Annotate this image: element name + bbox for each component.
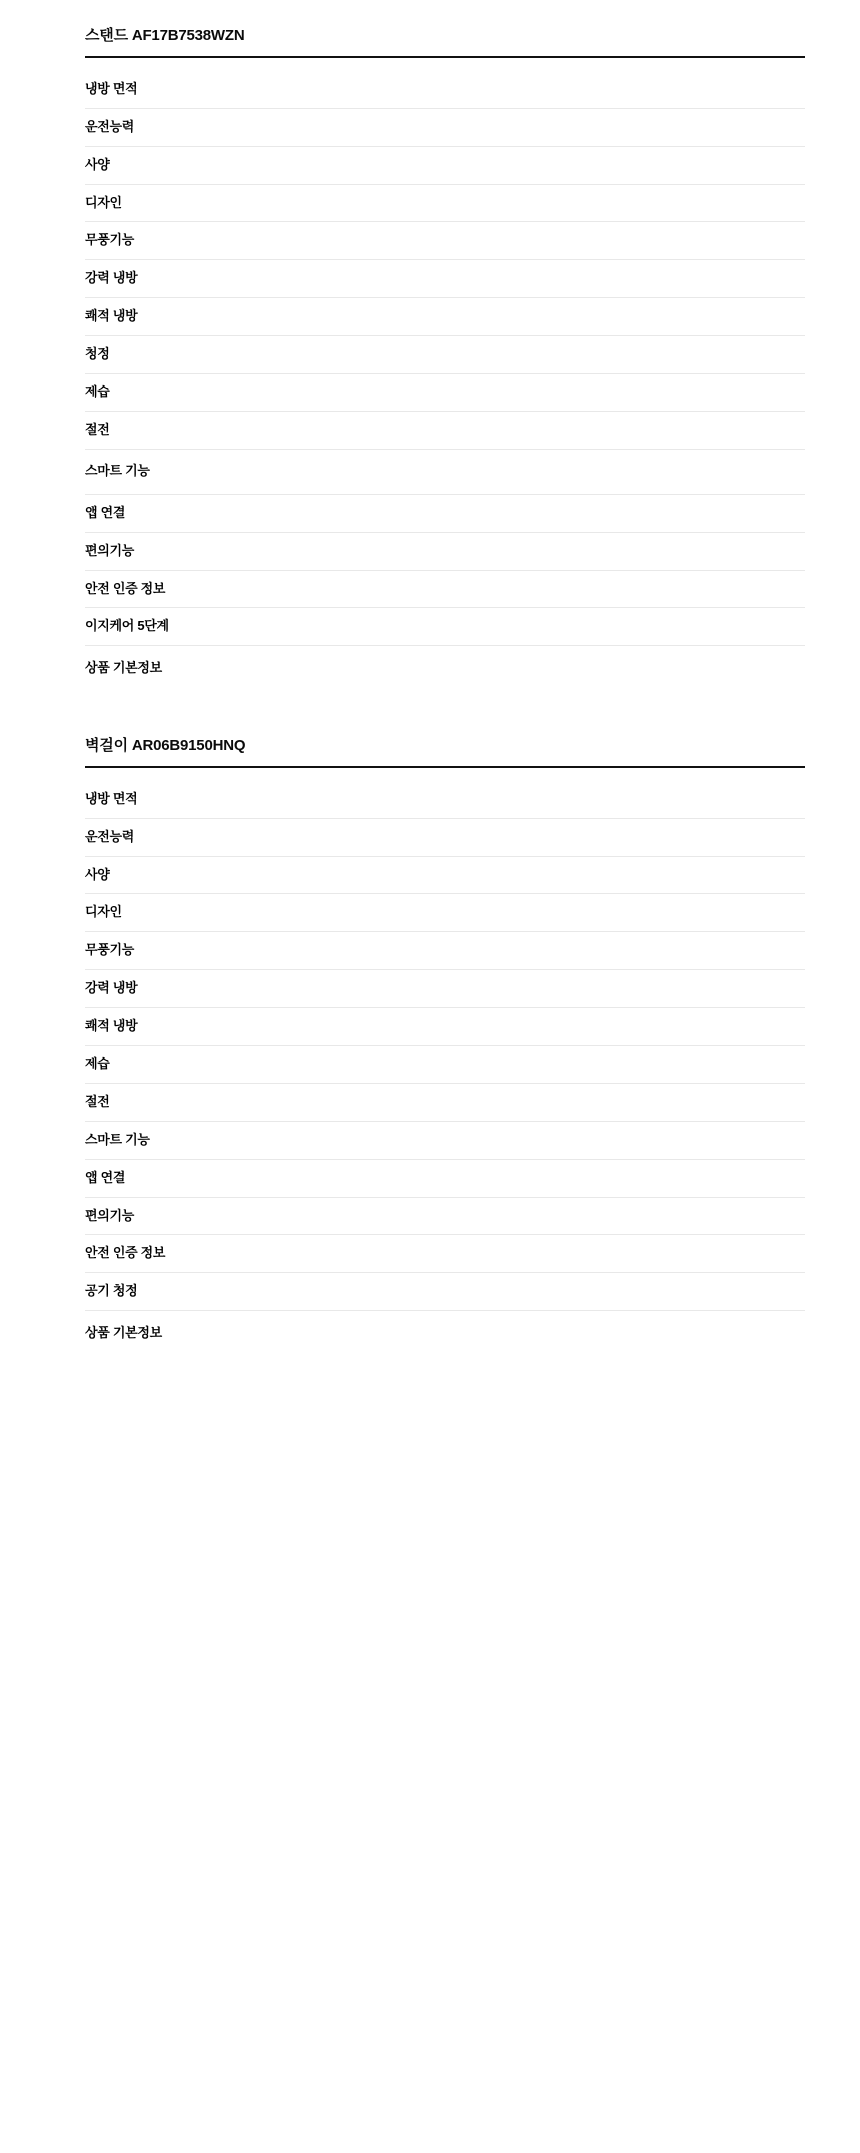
row-label: 쾌적 냉방 — [85, 1018, 258, 1035]
spec-row: 앱 연결 — [85, 495, 805, 533]
spec-row: 디자인 — [85, 894, 805, 932]
row-content — [258, 1210, 805, 1222]
spec-row: 상품 기본정보 — [85, 646, 805, 690]
row-label: 상품 기본정보 — [85, 1325, 258, 1342]
section-title: 스탠드 AF17B7538WZN — [85, 24, 805, 58]
row-label: 디자인 — [85, 195, 258, 212]
row-label: 안전 인증 정보 — [85, 581, 258, 598]
spec-row: 청정 — [85, 336, 805, 374]
spec-section: 스탠드 AF17B7538WZN냉방 면적운전능력사양디자인무풍기능강력 냉방쾌… — [85, 24, 805, 690]
row-label: 운전능력 — [85, 119, 258, 136]
spec-row: 앱 연결 — [85, 1160, 805, 1198]
spec-row: 상품 기본정보 — [85, 1311, 805, 1355]
row-label: 무풍기능 — [85, 942, 258, 959]
row-label: 이지케어 5단계 — [85, 618, 258, 635]
spec-row: 쾌적 냉방 — [85, 298, 805, 336]
row-label: 강력 냉방 — [85, 270, 258, 287]
row-label: 편의기능 — [85, 1208, 258, 1225]
spec-row: 편의기능 — [85, 533, 805, 571]
spec-row: 무풍기능 — [85, 222, 805, 260]
row-label: 앱 연결 — [85, 1170, 258, 1187]
spec-row: 편의기능 — [85, 1198, 805, 1236]
spec-row: 운전능력 — [85, 109, 805, 147]
spec-row: 안전 인증 정보 — [85, 1235, 805, 1273]
row-content — [258, 656, 805, 680]
row-content — [258, 545, 805, 557]
row-label: 제습 — [85, 384, 258, 401]
section-title: 벽걸이 AR06B9150HNQ — [85, 734, 805, 768]
spec-row: 쾌적 냉방 — [85, 1008, 805, 1046]
spec-row: 디자인 — [85, 185, 805, 223]
row-label: 강력 냉방 — [85, 980, 258, 997]
row-label: 사양 — [85, 867, 258, 884]
row-label: 제습 — [85, 1056, 258, 1073]
row-content — [258, 121, 805, 133]
row-label: 사양 — [85, 157, 258, 174]
row-label: 무풍기능 — [85, 232, 258, 249]
spec-row: 강력 냉방 — [85, 970, 805, 1008]
spec-row: 냉방 면적 — [85, 781, 805, 819]
row-label: 편의기능 — [85, 543, 258, 560]
row-label: 청정 — [85, 346, 258, 363]
row-label: 절전 — [85, 1094, 258, 1111]
spec-row: 무풍기능 — [85, 932, 805, 970]
row-content — [258, 1134, 805, 1146]
row-label: 스마트 기능 — [85, 463, 258, 480]
row-content — [258, 1321, 805, 1345]
row-content — [258, 621, 805, 633]
spec-row: 제습 — [85, 374, 805, 412]
spec-row: 공기 청정 — [85, 1273, 805, 1311]
row-label: 스마트 기능 — [85, 1132, 258, 1149]
row-label: 냉방 면적 — [85, 791, 258, 808]
row-label: 냉방 면적 — [85, 81, 258, 98]
spec-row: 스마트 기능 — [85, 1122, 805, 1160]
spec-row: 스마트 기능 — [85, 450, 805, 495]
spec-row: 사양 — [85, 857, 805, 895]
row-label: 안전 인증 정보 — [85, 1245, 258, 1262]
spec-section: 벽걸이 AR06B9150HNQ냉방 면적운전능력사양디자인무풍기능강력 냉방쾌… — [85, 734, 805, 1355]
row-label: 공기 청정 — [85, 1283, 258, 1300]
spec-page: 스탠드 AF17B7538WZN냉방 면적운전능력사양디자인무풍기능강력 냉방쾌… — [0, 0, 860, 1355]
row-label: 운전능력 — [85, 829, 258, 846]
spec-row: 안전 인증 정보 — [85, 571, 805, 609]
spec-row: 사양 — [85, 147, 805, 185]
row-label: 쾌적 냉방 — [85, 308, 258, 325]
row-label: 앱 연결 — [85, 505, 258, 522]
spec-row: 운전능력 — [85, 819, 805, 857]
row-label: 절전 — [85, 422, 258, 439]
spec-row: 제습 — [85, 1046, 805, 1084]
spec-row: 절전 — [85, 1084, 805, 1122]
row-label: 디자인 — [85, 904, 258, 921]
spec-row: 이지케어 5단계 — [85, 608, 805, 646]
row-label: 상품 기본정보 — [85, 660, 258, 677]
spec-row: 강력 냉방 — [85, 260, 805, 298]
spec-rows: 냉방 면적운전능력사양디자인무풍기능강력 냉방쾌적 냉방청정제습절전스마트 기능… — [85, 71, 805, 690]
row-content — [258, 460, 805, 484]
spec-rows: 냉방 면적운전능력사양디자인무풍기능강력 냉방쾌적 냉방제습절전스마트 기능앱 … — [85, 781, 805, 1355]
spec-row: 냉방 면적 — [85, 71, 805, 109]
spec-row: 절전 — [85, 412, 805, 450]
